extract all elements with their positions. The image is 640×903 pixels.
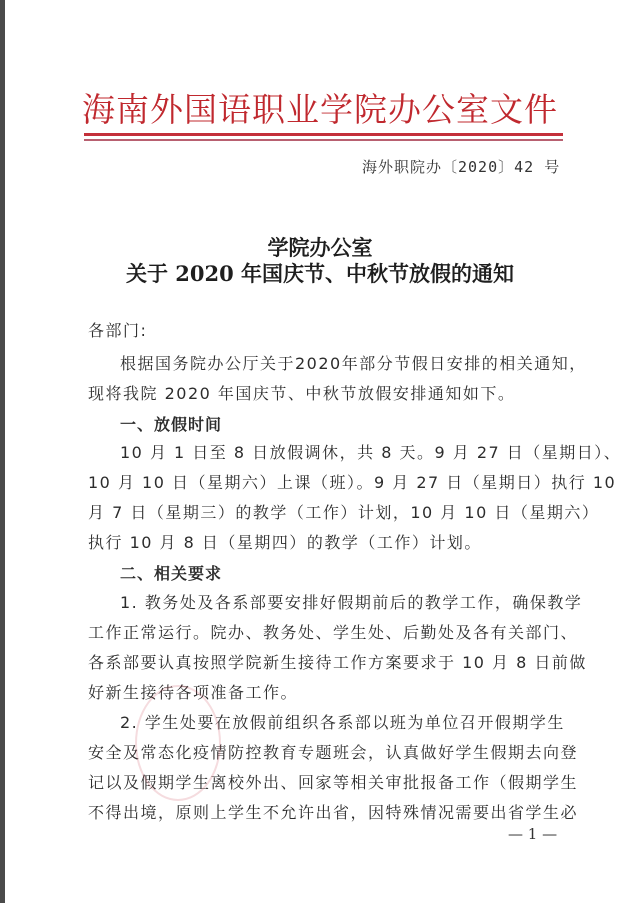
section2-item2-line: 安全及常态化疫情防控教育专题班会，认真做好学生假期去向登 [88, 740, 568, 763]
section1-line: 执行 10 月 8 日（星期四）的教学（工作）计划。 [88, 530, 568, 553]
header-rule-thin [84, 139, 563, 141]
section2-item1-line: 好新生接待各项准备工作。 [88, 680, 568, 703]
section1-line: 10 月 1 日至 8 日放假调休，共 8 天。9 月 27 日（星期日）、 [120, 440, 600, 463]
scan-edge-bar [0, 0, 5, 903]
document-header-title: 海南外国语职业学院办公室文件 [0, 84, 640, 131]
section2-item2-line: 记以及假期学生离校外出、回家等相关审批报备工作（假期学生 [88, 770, 568, 793]
section1-line: 月 7 日（星期三）的教学（工作）计划，10 月 10 日（星期六） [88, 500, 568, 523]
section2-heading: 二、相关要求 [120, 561, 600, 584]
notice-title-line2: 关于 2020 年国庆节、中秋节放假的通知 [0, 258, 640, 288]
salutation: 各部门: [88, 318, 568, 341]
intro-line: 现将我院 2020 年国庆节、中秋节放假安排通知如下。 [88, 381, 568, 404]
page-number: — 1 — [508, 825, 557, 843]
section2-item1-line: 各系部要认真按照学院新生接待工作方案要求于 10 月 8 日前做 [88, 650, 568, 673]
intro-line: 根据国务院办公厅关于2020年部分节假日安排的相关通知， [120, 351, 600, 374]
section2-item1-line: 工作正常运行。院办、教务处、学生处、后勤处及各有关部门、 [88, 620, 568, 643]
header-rule-thick [84, 133, 563, 136]
section2-item1-line: 1. 教务处及各系部要安排好假期前后的教学工作，确保教学 [120, 590, 600, 613]
section2-item2-line: 2. 学生处要在放假前组织各系部以班为单位召开假期学生 [120, 710, 600, 733]
document-number: 海外职院办〔2020〕42 号 [362, 156, 560, 177]
section2-item2-line: 不得出境，原则上学生不允许出省，因特殊情况需要出省学生必 [88, 800, 568, 823]
section1-line: 10 月 10 日（星期六）上课（班）。9 月 27 日（星期日）执行 10 [88, 470, 568, 493]
section1-heading: 一、放假时间 [120, 412, 600, 435]
